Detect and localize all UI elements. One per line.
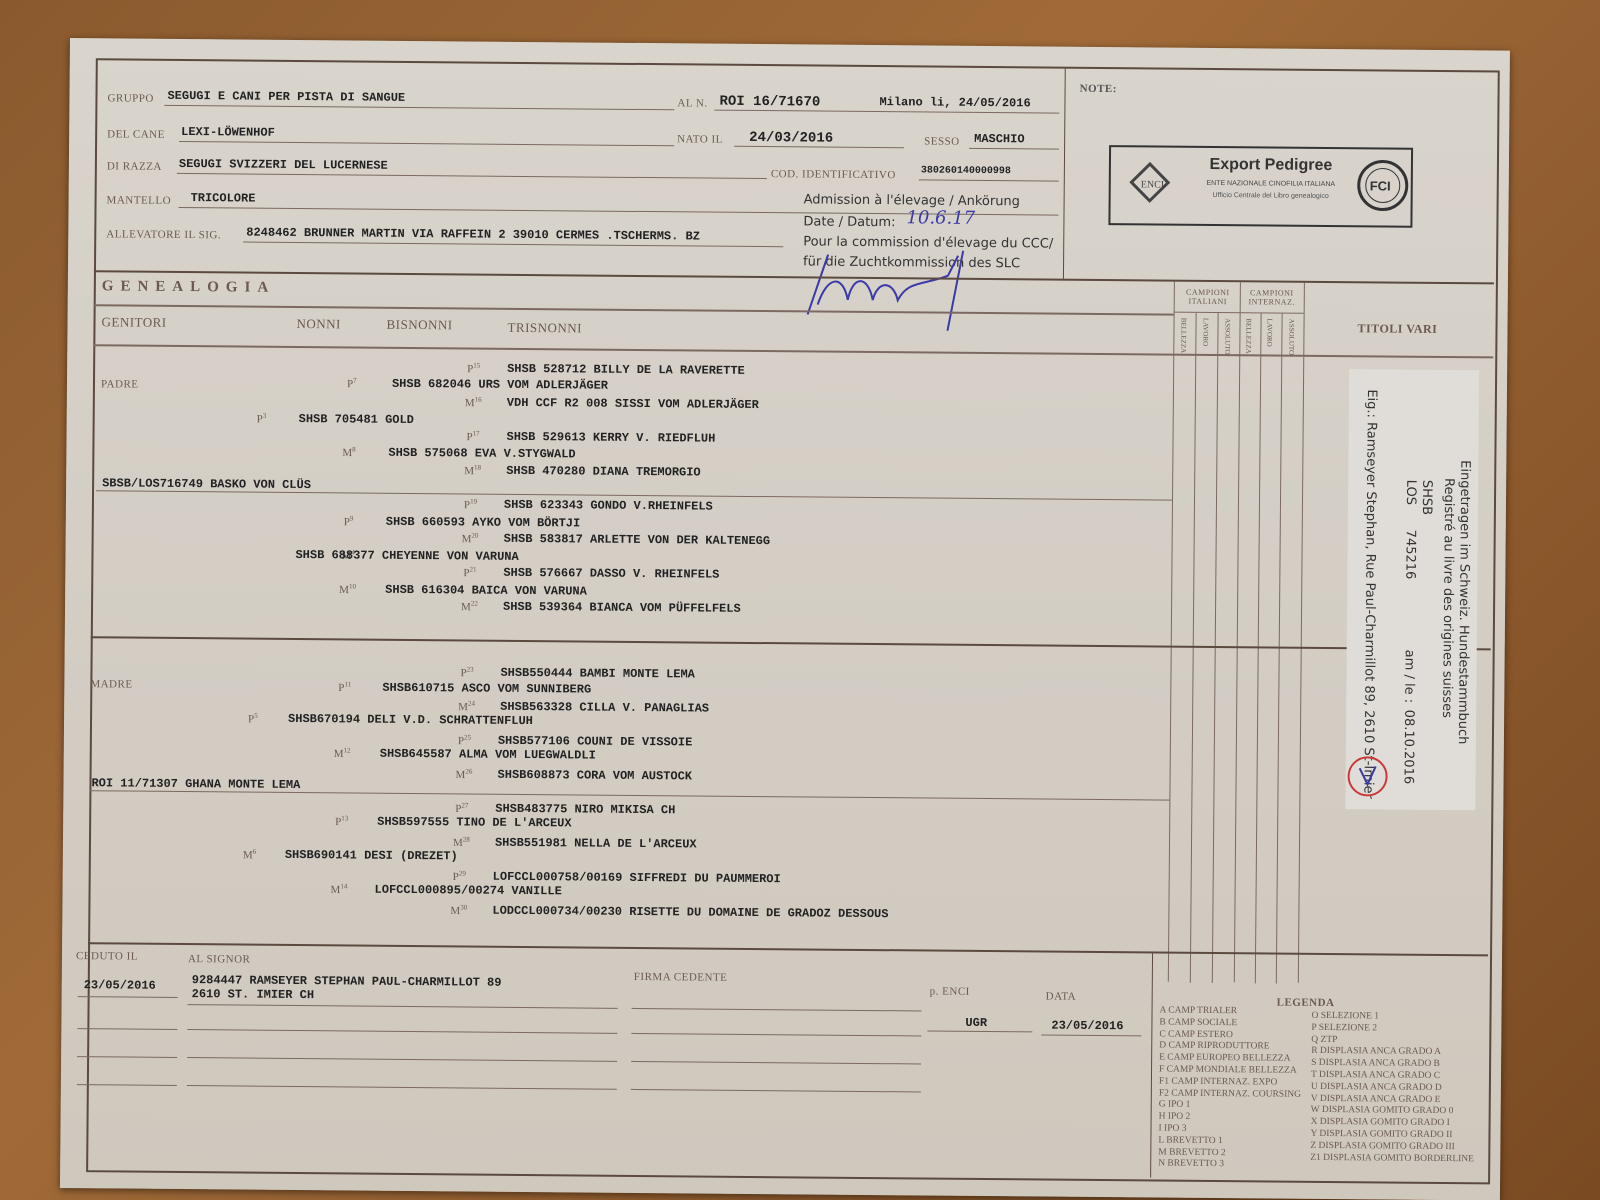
sub-col-lavoro-int: LAVORO: [1265, 318, 1273, 346]
p-enci-value: UGR: [965, 1016, 987, 1030]
firma-cedente-label: FIRMA CEDENTE: [634, 971, 728, 984]
data-label: DATA: [1046, 991, 1077, 1003]
new-owner-line-2: 2610 ST. IMIER CH: [192, 987, 315, 1002]
data-value: 23/05/2016: [1051, 1019, 1123, 1034]
bisnonna-m8: SHSB 575068 EVA V.STYGWALD: [388, 446, 575, 462]
ceduto-il-label: CEDUTO IL: [76, 950, 138, 963]
ceduto-il-value: 23/05/2016: [84, 978, 156, 993]
sex-value: MASCHIO: [974, 132, 1025, 146]
mantello-label: MANTELLO: [107, 194, 172, 207]
genealogia-title: GENEALOGIA: [102, 278, 276, 297]
al-n-value: ROI 16/71670: [719, 94, 820, 111]
allevatore-label: ALLEVATORE IL SIG.: [106, 228, 221, 241]
sub-col-lavoro-it: LAVORO: [1201, 318, 1209, 346]
trisnonna-m26: SHSB608873 CORA VOM AUSTOCK: [498, 768, 693, 784]
place-date: Milano li, 24/05/2016: [879, 95, 1030, 110]
nonno-p3: SHSB 705481 GOLD: [299, 412, 414, 427]
enci-logo-icon: ENCI: [1121, 157, 1181, 214]
p-enci-label: p. ENCI: [930, 986, 970, 998]
export-stamp-line-2: Ufficio Centrale del Libro genealogico: [1183, 192, 1359, 201]
gruppo-value: SEGUGI E CANI PER PISTA DI SANGUE: [167, 89, 405, 105]
trisnonna-m28: SHSB551981 NELLA DE L'ARCEUX: [495, 836, 697, 852]
trisnonno-p23: SHSB550444 BAMBI MONTE LEMA: [500, 666, 695, 682]
campioni-internaz-header: CAMPIONI INTERNAZ.: [1242, 288, 1302, 307]
bisnonno-p7: SHSB 682046 URS VOM ADLERJÄGER: [392, 377, 608, 393]
export-pedigree-stamp: ENCI Export Pedigree ENTE NAZIONALE CINO…: [1108, 145, 1413, 228]
trisnonno-p19: SHSB 623343 GONDO V.RHEINFELS: [504, 498, 713, 514]
nonno-p5: SHSB670194 DELI V.D. SCHRATTENFLUH: [288, 712, 533, 728]
sesso-label: SESSO: [924, 135, 960, 147]
trisnonno-p25: SHSB577106 COUNI DE VISSOIE: [498, 734, 693, 750]
sticker-number: 745216: [1402, 530, 1417, 580]
svg-text:ENCI: ENCI: [1141, 179, 1164, 190]
birth-date: 24/03/2016: [749, 130, 833, 147]
microchip-value: 380260140000998: [921, 165, 1011, 177]
bisnonno-p11: SHSB610715 ASCO VOM SUNNIBERG: [382, 681, 591, 697]
export-stamp-line-1: ENTE NAZIONALE CINOFILIA ITALIANA: [1183, 180, 1359, 189]
del-cane-label: DEL CANE: [107, 128, 165, 141]
red-circle-stamp-icon: [1345, 754, 1389, 798]
bisnonna-m12: SHSB645587 ALMA VOM LUEGWALDLI: [380, 747, 596, 763]
titoli-vari-header: TITOLI VARI: [1357, 321, 1437, 337]
bisnonno-p13: SHSB597555 TINO DE L'ARCEUX: [377, 815, 572, 831]
column-bisnonni: BISNONNI: [386, 317, 452, 334]
trisnonna-m20: SHSB 583817 ARLETTE VON DER KALTENEGG: [504, 532, 771, 548]
al-signor-label: AL SIGNOR: [188, 953, 251, 966]
sticker-owner: Eig.: Ramseyer Stephan, Rue Paul-Charmil…: [1360, 389, 1379, 799]
sub-col-bellezza-it: BELLEZZA: [1179, 318, 1187, 353]
sub-col-bellezza-int: BELLEZZA: [1244, 318, 1252, 353]
trisnonno-p27: SHSB483775 NIRO MIKISA CH: [495, 802, 675, 818]
nonna-m4: SHSB 688377 CHEYENNE VON VARUNA: [295, 548, 518, 564]
di-razza-label: DI RAZZA: [107, 160, 162, 172]
fci-logo-icon: FCI: [1357, 157, 1409, 213]
svg-text:FCI: FCI: [1370, 178, 1391, 193]
trisnonno-p17: SHSB 529613 KERRY V. RIEDFLUH: [506, 430, 715, 446]
sticker-los: LOS: [1403, 480, 1418, 505]
signature-icon: [797, 244, 998, 336]
bisnonna-m10: SHSB 616304 BAICA VON VARUNA: [385, 583, 587, 599]
sticker-line-1: Eingetragen im Schweiz. Hundestammbuch: [1455, 460, 1472, 744]
trisnonna-m18: SHSB 470280 DIANA TREMORGIO: [506, 464, 701, 480]
legenda-left-list: A CAMP TRIALERB CAMP SOCIALEC CAMP ESTER…: [1158, 1006, 1302, 1172]
nato-il-label: NATO IL: [677, 133, 723, 145]
sticker-date-label: am / le :: [1401, 650, 1416, 704]
pedigree-document: GRUPPO SEGUGI E CANI PER PISTA DI SANGUE…: [60, 38, 1510, 1200]
trisnonna-m22: SHSB 539364 BIANCA VOM PÜFFELFELS: [503, 600, 741, 616]
sticker-date: 08.10.2016: [1401, 710, 1417, 785]
breed-value: SEGUGI SVIZZERI DEL LUCERNESE: [179, 157, 388, 173]
trisnonno-p29: LOFCCL000758/00169 SIFFREDI DU PAUMMEROI: [493, 870, 781, 887]
sticker-shsb: SHSB: [1419, 480, 1434, 515]
sub-col-assoluto-int: ASSOLUTO: [1287, 319, 1295, 356]
madre-label: MADRE: [90, 678, 132, 690]
column-trisnonni: TRISNONNI: [507, 320, 582, 337]
legenda-right-list: O SELEZIONE 1P SELEZIONE 2Q ZTP R DISPLA…: [1310, 1011, 1475, 1166]
bisnonno-p9: SHSB 660593 AYKO VOM BÖRTJI: [386, 515, 581, 531]
al-n-label: AL N.: [677, 97, 707, 109]
cod-id-label: COD. IDENTIFICATIVO: [771, 168, 896, 181]
padre-label: PADRE: [101, 378, 139, 390]
notes-label: NOTE:: [1080, 83, 1117, 95]
column-nonni: NONNI: [296, 316, 341, 332]
dog-name: LEXI-LÖWENHOF: [181, 125, 275, 140]
admission-date-label: Date / Datum:: [803, 214, 895, 230]
sticker-line-2: Registré au livre des origines suisses: [1439, 478, 1456, 718]
trisnonno-p21: SHSB 576667 DASSO V. RHEINFELS: [503, 566, 719, 582]
coat-value: TRICOLORE: [191, 191, 256, 206]
swiss-registration-sticker: Eingetragen im Schweiz. Hundestammbuch R…: [1345, 369, 1479, 810]
nonna-m6: SHSB690141 DESI (DREZET): [285, 848, 458, 864]
trisnonna-m24: SHSB563328 CILLA V. PANAGLIAS: [500, 700, 709, 716]
export-pedigree-title: Export Pedigree: [1191, 156, 1351, 175]
column-genitori: GENITORI: [101, 314, 166, 331]
bisnonna-m14: LOFCCL000895/00274 VANILLE: [375, 883, 562, 899]
gruppo-label: GRUPPO: [107, 92, 154, 104]
campioni-italiani-header: CAMPIONI ITALIANI: [1178, 288, 1238, 307]
sub-col-assoluto-it: ASSOLUTO: [1223, 318, 1231, 355]
admission-date-handwritten: 10.6.17: [906, 207, 975, 229]
trisnonna-m16: VDH CCF R2 008 SISSI VOM ADLERJÄGER: [507, 396, 759, 412]
trisnonno-p15: SHSB 528712 BILLY DE LA RAVERETTE: [507, 362, 745, 378]
